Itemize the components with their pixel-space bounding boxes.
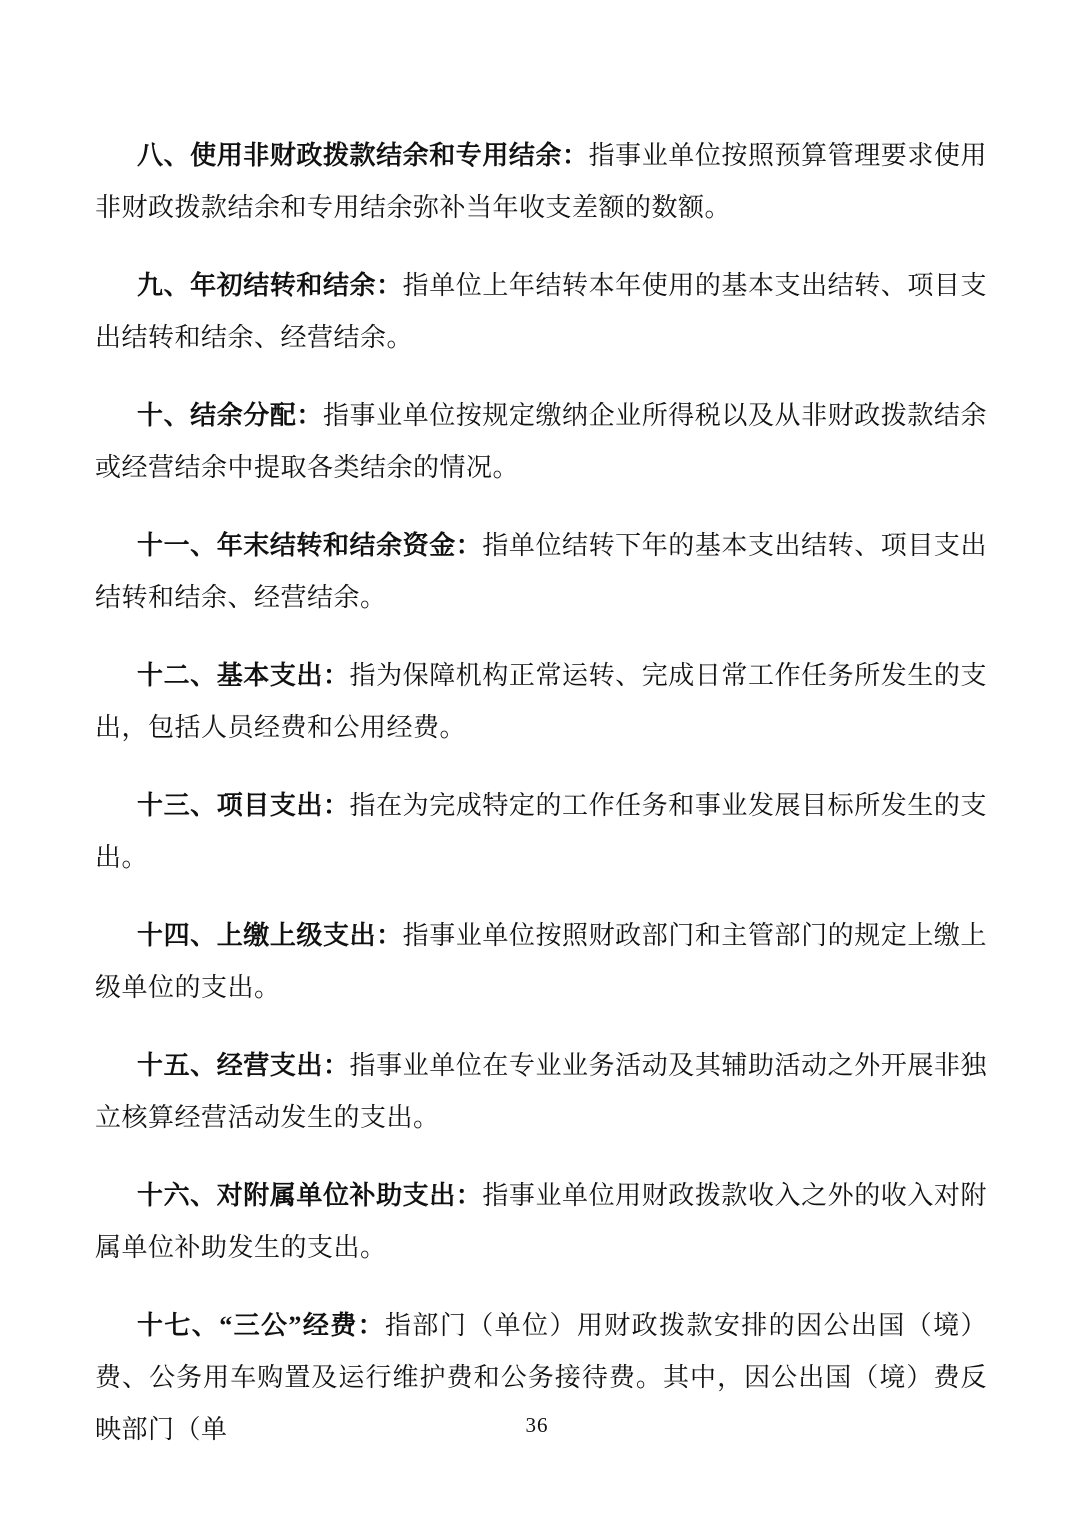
- paragraph-item-13: 十三、项目支出：指在为完成特定的工作任务和事业发展目标所发生的支出。: [95, 780, 987, 884]
- paragraph-item-15: 十五、经营支出：指事业单位在专业业务活动及其辅助活动之外开展非独立核算经营活动发…: [95, 1040, 987, 1144]
- term-label: 十六、对附属单位补助支出：: [137, 1181, 482, 1210]
- term-label: 十三、项目支出：: [137, 791, 350, 820]
- document-page: 八、使用非财政拨款结余和专用结余：指事业单位按照预算管理要求使用非财政拨款结余和…: [0, 0, 1074, 1520]
- paragraph-item-10: 十、结余分配：指事业单位按规定缴纳企业所得税以及从非财政拨款结余或经营结余中提取…: [95, 390, 987, 494]
- paragraph-item-12: 十二、基本支出：指为保障机构正常运转、完成日常工作任务所发生的支出，包括人员经费…: [95, 650, 987, 754]
- paragraph-item-8: 八、使用非财政拨款结余和专用结余：指事业单位按照预算管理要求使用非财政拨款结余和…: [95, 130, 987, 234]
- term-label: 十、结余分配：: [137, 401, 323, 430]
- paragraph-item-14: 十四、上缴上级支出：指事业单位按照财政部门和主管部门的规定上缴上级单位的支出。: [95, 910, 987, 1014]
- term-label: 十五、经营支出：: [137, 1051, 350, 1080]
- page-number: 36: [526, 1413, 549, 1437]
- paragraph-item-11: 十一、年末结转和结余资金：指单位结转下年的基本支出结转、项目支出结转和结余、经营…: [95, 520, 987, 624]
- paragraph-item-9: 九、年初结转和结余：指单位上年结转本年使用的基本支出结转、项目支出结转和结余、经…: [95, 260, 987, 364]
- term-label: 十二、基本支出：: [137, 661, 350, 690]
- term-label: 九、年初结转和结余：: [137, 271, 403, 300]
- paragraph-item-16: 十六、对附属单位补助支出：指事业单位用财政拨款收入之外的收入对附属单位补助发生的…: [95, 1170, 987, 1274]
- term-label: 十一、年末结转和结余资金：: [137, 531, 482, 560]
- term-label: 十七、“三公”经费：: [137, 1311, 385, 1340]
- page-footer: 36: [0, 1413, 1074, 1438]
- term-label: 十四、上缴上级支出：: [137, 921, 403, 950]
- term-label: 八、使用非财政拨款结余和专用结余：: [137, 141, 589, 170]
